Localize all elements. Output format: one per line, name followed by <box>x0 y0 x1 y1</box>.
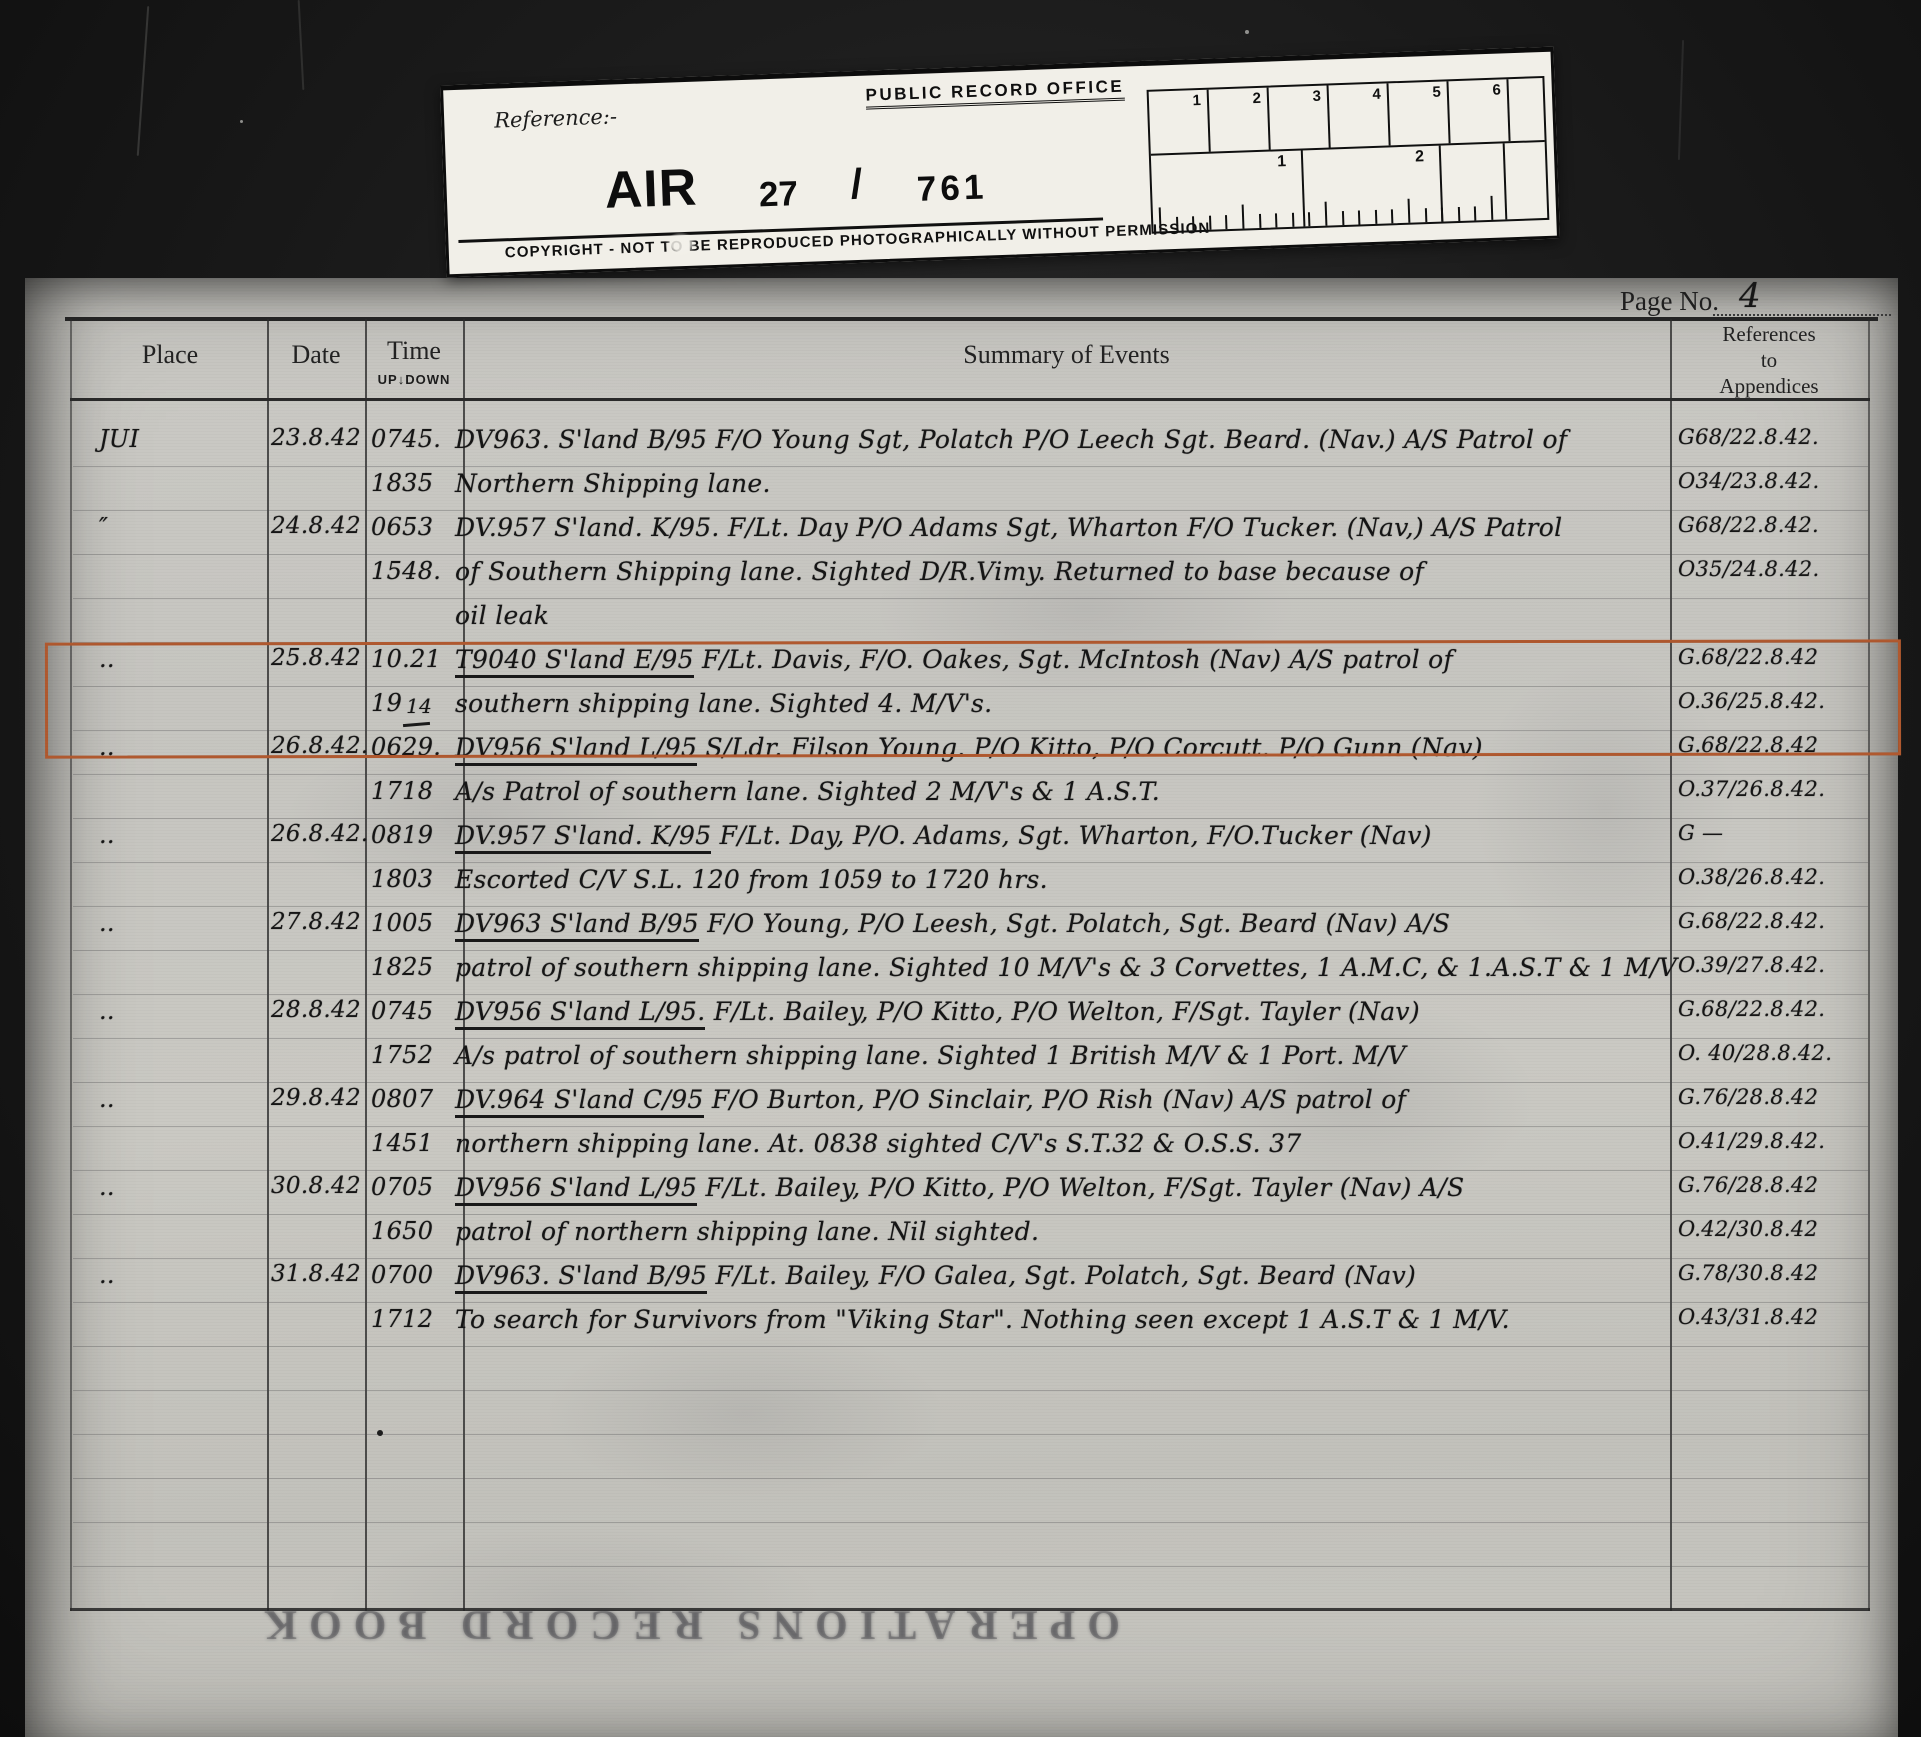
ruler-divider <box>1503 143 1508 219</box>
appendix-ref: O.42/30.8.42 <box>1678 1217 1874 1257</box>
public-record-office-text: PUBLIC RECORD OFFICE <box>865 77 1124 110</box>
place-cell: .. <box>87 1173 249 1213</box>
ruled-line <box>73 1258 1868 1259</box>
place-cell: .. <box>87 1261 249 1301</box>
ruler-tick <box>1424 208 1426 222</box>
ruler-tick <box>1375 210 1377 224</box>
summary-line: DV963 S'land B/95 F/O Young, P/O Leesh, … <box>455 909 1671 949</box>
time-down-cell: 1803 <box>371 865 463 905</box>
ruler-tick <box>1259 214 1261 228</box>
date-cell: 27.8.42 <box>271 909 365 949</box>
ruled-line <box>73 1390 1868 1391</box>
logbook-page: Page No. 4 Place Date Time UP↓DOWN Summa… <box>25 278 1898 1737</box>
appendix-ref: G.68/22.8.42. <box>1678 997 1874 1037</box>
reference-label: Reference:- <box>494 104 618 132</box>
table-left-border <box>70 319 72 1611</box>
summary-line: A/s patrol of southern shipping lane. Si… <box>455 1041 1671 1081</box>
appendix-ref: O.37/26.8.42. <box>1678 777 1874 817</box>
column-line-date-time <box>365 319 367 1611</box>
ruler-tick <box>1490 196 1493 220</box>
aircraft-designation-underlined: DV956 S'land L/95. <box>455 997 705 1030</box>
ruler-tick <box>1408 199 1411 223</box>
ruled-line <box>73 510 1868 511</box>
summary-line: patrol of northern shipping lane. Nil si… <box>455 1217 1671 1257</box>
aircraft-designation-underlined: DV.964 S'land C/95 <box>455 1085 704 1118</box>
summary-line: To search for Survivors from "Viking Sta… <box>455 1305 1671 1345</box>
place-cell: .. <box>87 645 249 685</box>
ruler-tick <box>1342 211 1344 225</box>
appendix-ref: O.38/26.8.42. <box>1678 865 1874 905</box>
pro-reference-stamp: Reference:- PUBLIC RECORD OFFICE AIR 27 … <box>440 47 1560 278</box>
ruled-line <box>73 642 1868 643</box>
ink-dot <box>377 1430 383 1436</box>
time-down-cell: 1718 <box>371 777 463 817</box>
summary-line: DV963. S'land B/95 F/Lt. Bailey, F/O Gal… <box>455 1261 1671 1301</box>
ruled-line <box>73 774 1868 775</box>
ruled-line <box>73 1126 1868 1127</box>
time-up-cell: 0700 <box>371 1261 463 1301</box>
appendix-ref: G.76/28.8.42 <box>1678 1085 1874 1125</box>
aircraft-designation-underlined: DV956 S'land L/95 <box>455 1173 697 1206</box>
smudge <box>545 1328 945 1498</box>
time-down-cell: 1451 <box>371 1129 463 1169</box>
date-cell: 29.8.42 <box>271 1085 365 1125</box>
time-down-cell: 1548. <box>371 557 463 597</box>
aircraft-designation-underlined: T9040 S'land E/95 <box>455 645 694 678</box>
aircraft-designation-underlined: DV963. S'land B/95 <box>455 1261 707 1294</box>
ruled-line <box>73 1038 1868 1039</box>
reference-slash: / <box>850 160 863 208</box>
ruler-tick <box>1209 216 1211 230</box>
ruled-line <box>73 1434 1868 1435</box>
ghost-cover-text: OPERATIONS RECORD BOOK <box>470 1600 1120 1648</box>
appendix-ref: O.41/29.8.42. <box>1678 1129 1874 1169</box>
date-cell: 26.8.42. <box>271 733 365 773</box>
ruled-line <box>73 906 1868 907</box>
time-up-cell: 0629. <box>371 733 463 773</box>
summary-line: A/s Patrol of southern lane. Sighted 2 M… <box>455 777 1671 817</box>
date-cell: 25.8.42 <box>271 645 365 685</box>
scale-cell: 1 <box>1149 90 1211 154</box>
ruled-line <box>73 1214 1868 1215</box>
summary-line: T9040 S'land E/95 F/Lt. Davis, F/O. Oake… <box>455 645 1671 685</box>
appendix-ref: G.68/22.8.42 <box>1678 645 1874 685</box>
appendix-ref: O34/23.8.42. <box>1678 469 1874 509</box>
summary-line: DV963. S'land B/95 F/O Young Sgt, Polatc… <box>455 425 1671 465</box>
appendix-ref: O35/24.8.42. <box>1678 557 1874 597</box>
ruled-line <box>73 950 1868 951</box>
time-down-cell: 1914 <box>371 689 463 729</box>
column-header-date: Date <box>267 340 365 370</box>
scale-cell: 2 <box>1209 88 1271 152</box>
column-header-references-to: to <box>1670 348 1868 373</box>
time-down-cell: 1835 <box>371 469 463 509</box>
ruled-line <box>73 994 1868 995</box>
ruler-tick <box>1441 208 1443 222</box>
ruler-tick <box>1242 205 1245 229</box>
appendix-ref: O.36/25.8.42. <box>1678 689 1874 729</box>
time-up-cell: 0745. <box>371 425 463 465</box>
piece-number: 27 <box>758 174 798 215</box>
column-header-summary: Summary of Events <box>463 340 1670 370</box>
page-no-label: Page No. <box>1620 286 1719 317</box>
time-up-cell: 0745 <box>371 997 463 1037</box>
ruled-line <box>73 1346 1868 1347</box>
film-scratch <box>137 6 149 156</box>
summary-line: DV.964 S'land C/95 F/O Burton, P/O Sincl… <box>455 1085 1671 1125</box>
date-cell: 24.8.42 <box>271 513 365 553</box>
date-cell: 23.8.42 <box>271 425 365 465</box>
ruled-line <box>73 730 1868 731</box>
appendix-ref: G68/22.8.42. <box>1678 425 1874 465</box>
ruler-tick <box>1159 207 1162 231</box>
ruled-line <box>73 1082 1868 1083</box>
time-down-cell: 1650 <box>371 1217 463 1257</box>
appendix-ref: G68/22.8.42. <box>1678 513 1874 553</box>
aircraft-designation-underlined: DV963 S'land B/95 <box>455 909 699 942</box>
date-cell: 28.8.42 <box>271 997 365 1037</box>
summary-line: DV956 S'land L/95 S/Ldr. Filson Young. P… <box>455 733 1671 773</box>
ruled-line <box>73 554 1868 555</box>
dust-speck <box>240 120 243 123</box>
ruled-line <box>73 1302 1868 1303</box>
ruler-divider <box>1301 150 1306 226</box>
ruled-line <box>73 818 1868 819</box>
ruler-tick <box>1358 210 1360 224</box>
scale-cell: 3 <box>1269 85 1331 149</box>
ruler-row: 1 2 <box>1151 142 1547 232</box>
time-down-cell: 1825 <box>371 953 463 993</box>
appendix-ref: O.39/27.8.42. <box>1678 953 1874 993</box>
summary-line: DV.957 S'land. K/95 F/Lt. Day, P/O. Adam… <box>455 821 1671 861</box>
place-cell: ″ <box>87 513 249 553</box>
ruled-line <box>73 1566 1868 1567</box>
appendix-ref: G — <box>1678 821 1874 861</box>
aircraft-designation-underlined: DV956 S'land L/95 <box>455 733 697 766</box>
column-header-time: Time <box>365 336 463 366</box>
ruled-line <box>73 862 1868 863</box>
appendix-ref: G.76/28.8.42 <box>1678 1173 1874 1213</box>
page-no-dotted-line <box>1713 292 1891 316</box>
time-up-cell: 10.21 <box>371 645 463 685</box>
scale-grid: 1 2 3 4 5 6 1 2 <box>1147 76 1550 234</box>
place-cell: .. <box>87 821 249 861</box>
ruler-tick <box>1192 216 1194 230</box>
ruler-tick <box>1225 215 1227 229</box>
aircraft-designation-underlined: DV.957 S'land. K/95 <box>455 821 711 854</box>
scale-cell: 5 <box>1388 81 1450 145</box>
appendix-ref: O. 40/28.8.42. <box>1678 1041 1874 1081</box>
ruler-tick <box>1391 209 1393 223</box>
place-cell: .. <box>87 997 249 1037</box>
appendix-ref: G.68/22.8.42. <box>1678 909 1874 949</box>
film-scratch <box>1678 40 1684 160</box>
column-header-references: References <box>1670 322 1868 347</box>
summary-line: DV.957 S'land. K/95. F/Lt. Day P/O Adams… <box>455 513 1671 553</box>
column-line-place-date <box>267 319 269 1611</box>
scale-cell-end <box>1508 78 1544 141</box>
ruled-line <box>73 598 1868 599</box>
scanned-microfilm-frame: Page No. 4 Place Date Time UP↓DOWN Summa… <box>0 0 1921 1737</box>
ruled-line <box>73 466 1868 467</box>
summary-line: oil leak <box>455 601 1671 641</box>
summary-line: northern shipping lane. At. 0838 sighted… <box>455 1129 1671 1169</box>
date-cell: 30.8.42 <box>271 1173 365 1213</box>
ruled-line <box>73 686 1868 687</box>
time-up-cell: 0807 <box>371 1085 463 1125</box>
date-cell: 31.8.42 <box>271 1261 365 1301</box>
time-down-cell: 1752 <box>371 1041 463 1081</box>
ruled-line <box>73 1478 1868 1479</box>
place-cell: .. <box>87 909 249 949</box>
ruler-tick <box>1275 213 1277 227</box>
scale-cell: 6 <box>1448 79 1510 143</box>
summary-line: DV956 S'land L/95 F/Lt. Bailey, P/O Kitt… <box>455 1173 1671 1213</box>
header-bottom-rule <box>70 398 1870 401</box>
ruler-tick <box>1458 207 1460 221</box>
column-header-time-updown: UP↓DOWN <box>365 372 463 387</box>
ruled-line <box>73 1170 1868 1171</box>
time-up-cell: 0653 <box>371 513 463 553</box>
column-header-place: Place <box>95 340 245 370</box>
place-cell: .. <box>87 1085 249 1125</box>
scale-cell: 4 <box>1329 83 1391 147</box>
time-down-cell: 1712 <box>371 1305 463 1345</box>
summary-line: Escorted C/V S.L. 120 from 1059 to 1720 … <box>455 865 1671 905</box>
ruler-tick <box>1176 217 1178 231</box>
series-code: AIR <box>604 158 699 221</box>
summary-line: southern shipping lane. Sighted 4. M/V's… <box>455 689 1671 729</box>
appendix-ref: G.68/22.8.42 <box>1678 733 1874 773</box>
summary-line: DV956 S'land L/95. F/Lt. Bailey, P/O Kit… <box>455 997 1671 1037</box>
dust-speck <box>1245 30 1249 34</box>
ruler-tick <box>1474 206 1476 220</box>
ruler-tick <box>1325 202 1328 226</box>
time-up-cell: 0819 <box>371 821 463 861</box>
place-cell: .. <box>87 733 249 773</box>
ruler-label-2: 2 <box>1415 148 1425 166</box>
appendix-ref: O.43/31.8.42 <box>1678 1305 1874 1345</box>
summary-line: of Southern Shipping lane. Sighted D/R.V… <box>455 557 1671 597</box>
summary-line: patrol of southern shipping lane. Sighte… <box>455 953 1671 993</box>
ruler-tick <box>1308 212 1310 226</box>
ruler-tick <box>1292 213 1294 227</box>
appendix-ref: G.78/30.8.42 <box>1678 1261 1874 1301</box>
summary-line: Northern Shipping lane. <box>455 469 1671 509</box>
public-record-office-title: PUBLIC RECORD OFFICE <box>865 77 1124 106</box>
place-cell: JUI <box>87 425 249 465</box>
film-scratch <box>298 0 305 90</box>
ruler-label-1: 1 <box>1277 153 1287 171</box>
table-top-rule <box>65 317 1878 321</box>
column-header-appendices: Appendices <box>1670 374 1868 399</box>
date-cell: 26.8.42. <box>271 821 365 861</box>
time-up-cell: 1005 <box>371 909 463 949</box>
time-up-cell: 0705 <box>371 1173 463 1213</box>
ruled-line <box>73 1522 1868 1523</box>
item-number: 761 <box>916 167 988 209</box>
